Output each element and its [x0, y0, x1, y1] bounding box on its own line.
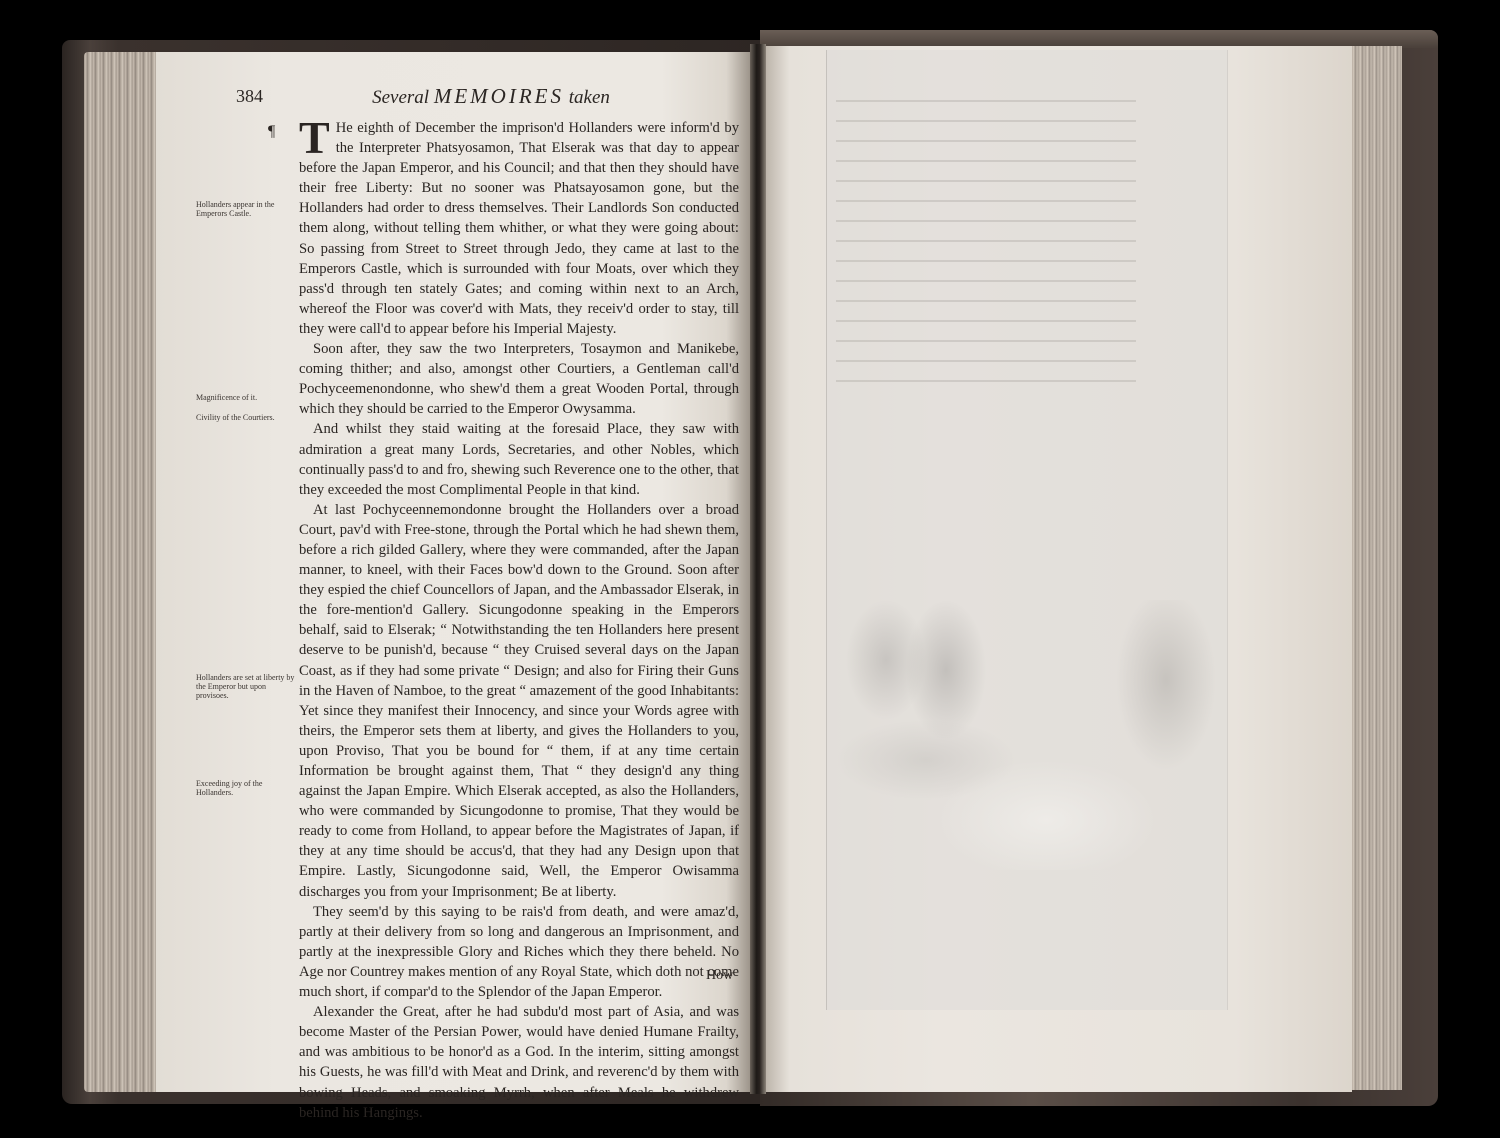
drop-cap: T — [299, 120, 330, 156]
paragraph-2: Soon after, they saw the two Interpreter… — [299, 339, 739, 419]
paragraph-5: They seem'd by this saying to be rais'd … — [299, 902, 739, 1002]
engraving-figures-showthrough — [826, 600, 1226, 870]
pilcrow-icon: ¶ — [268, 122, 275, 142]
running-head-title: Several MEMOIRES taken — [236, 84, 746, 109]
open-book: 384 Several MEMOIRES taken ¶ THe eighth … — [0, 0, 1500, 1138]
margin-note: Hollanders appear in the Emperors Castle… — [196, 200, 296, 218]
page-edges-right — [1352, 46, 1402, 1090]
book-gutter — [750, 44, 766, 1094]
showthrough-text — [836, 90, 1136, 390]
running-head: 384 Several MEMOIRES taken — [236, 86, 746, 110]
paragraph-3: And whilst they staid waiting at the for… — [299, 419, 739, 499]
body-text: ¶ THe eighth of December the imprison'd … — [299, 118, 739, 1123]
margin-note: Exceeding joy of the Hollanders. — [196, 779, 296, 797]
catchword: How — [706, 968, 733, 984]
margin-note: Hollanders are set at liberty by the Emp… — [196, 673, 296, 700]
paragraph-6: Alexander the Great, after he had subdu'… — [299, 1002, 739, 1123]
paragraph-4: At last Pochyceennemondonne brought the … — [299, 500, 739, 902]
page-edges-left — [84, 52, 156, 1092]
margin-note: Civility of the Courtiers. — [196, 413, 296, 422]
paragraph-1: THe eighth of December the imprison'd Ho… — [299, 118, 739, 339]
margin-note: Magnificence of it. — [196, 393, 296, 402]
